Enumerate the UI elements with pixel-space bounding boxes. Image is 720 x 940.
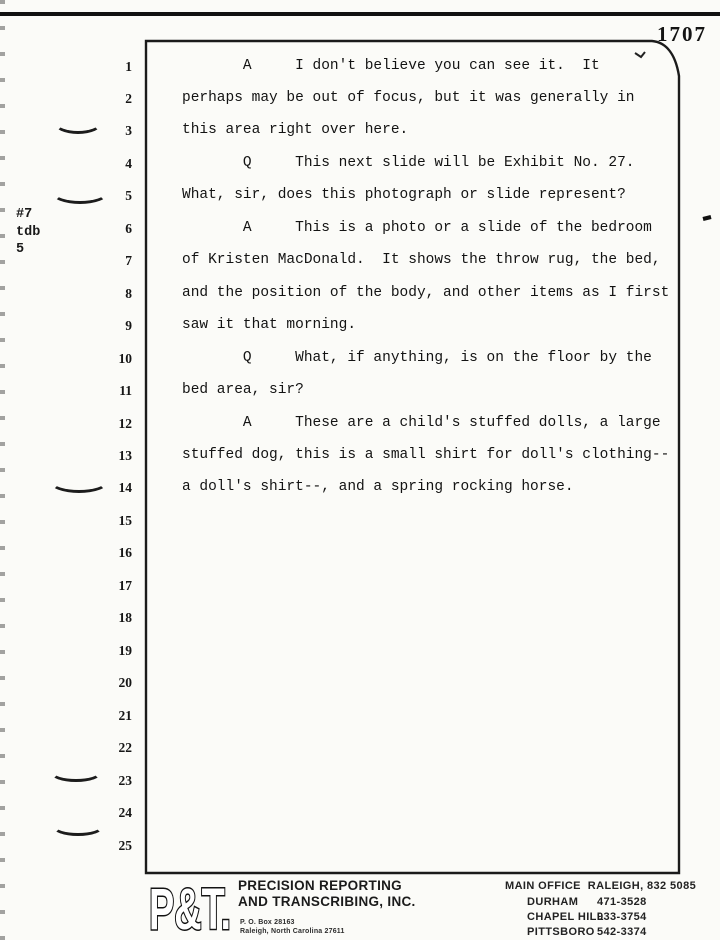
line-text: A These are a child's stuffed dolls, a l… (182, 407, 661, 440)
office-contact-row: DURHAM 471-3528 (505, 896, 715, 911)
line-number: 6 (0, 212, 132, 245)
office-city: DURHAM (527, 896, 578, 908)
transcript-line: 5What, sir, does this photograph or slid… (0, 179, 700, 212)
company-name-line: AND TRANSCRIBING, INC. (238, 894, 416, 910)
line-number: 5 (0, 179, 132, 212)
footer: P&T. PRECISION REPORTING AND TRANSCRIBIN… (0, 874, 720, 940)
transcript-line: 12 A These are a child's stuffed dolls, … (0, 407, 700, 440)
line-number: 14 (0, 471, 132, 504)
transcript-line: 24 (0, 796, 700, 829)
line-text: saw it that morning. (182, 309, 356, 342)
company-address-line: P. O. Box 28163 (240, 918, 345, 927)
line-number: 22 (0, 731, 132, 764)
transcript-line: 4 Q This next slide will be Exhibit No. … (0, 147, 700, 180)
line-number: 21 (0, 699, 132, 732)
transcript-line: 2perhaps may be out of focus, but it was… (0, 82, 700, 115)
line-text: What, sir, does this photograph or slide… (182, 179, 626, 212)
line-text: perhaps may be out of focus, but it was … (182, 82, 634, 115)
transcript-line: 11bed area, sir? (0, 374, 700, 407)
line-number: 16 (0, 536, 132, 569)
transcript-line: 21 (0, 699, 700, 732)
office-city: PITTSBORO (527, 926, 595, 938)
line-number: 20 (0, 666, 132, 699)
line-number: 17 (0, 569, 132, 602)
line-text: a doll's shirt--, and a spring rocking h… (182, 471, 574, 504)
transcript-line: 1 A I don't believe you can see it. It (0, 50, 700, 83)
line-number: 3 (0, 114, 132, 147)
transcript-line: 19 (0, 634, 700, 667)
line-number: 11 (0, 374, 132, 407)
line-text: bed area, sir? (182, 374, 304, 407)
line-text: of Kristen MacDonald. It shows the throw… (182, 244, 661, 277)
line-number: 18 (0, 601, 132, 634)
line-number: 8 (0, 277, 132, 310)
line-number: 4 (0, 147, 132, 180)
line-number: 13 (0, 439, 132, 472)
company-logo: P&T. (148, 878, 234, 940)
company-name: PRECISION REPORTING AND TRANSCRIBING, IN… (238, 878, 416, 909)
line-text: and the position of the body, and other … (182, 277, 669, 310)
transcript-line: 18 (0, 601, 700, 634)
transcript-line: 14a doll's shirt--, and a spring rocking… (0, 471, 700, 504)
line-number: 24 (0, 796, 132, 829)
line-number: 9 (0, 309, 132, 342)
transcript-line: 13stuffed dog, this is a small shirt for… (0, 439, 700, 472)
company-address: P. O. Box 28163 Raleigh, North Carolina … (240, 918, 345, 936)
scanned-transcript-page: { "colors": { "ink": "#161616", "paper":… (0, 0, 720, 940)
line-number: 1 (0, 50, 132, 83)
transcript-line: 10 Q What, if anything, is on the floor … (0, 342, 700, 375)
office-phone: 542-3374 (597, 926, 647, 938)
transcript-line: 9saw it that morning. (0, 309, 700, 342)
transcript-line: 15 (0, 504, 700, 537)
line-number: 19 (0, 634, 132, 667)
transcript-line: 23 (0, 764, 700, 797)
transcript-line: 17 (0, 569, 700, 602)
company-logo-text: P&T. (149, 878, 231, 940)
line-number: 15 (0, 504, 132, 537)
line-number: 2 (0, 82, 132, 115)
transcript-line: 16 (0, 536, 700, 569)
line-number: 25 (0, 829, 132, 862)
transcript-line: 20 (0, 666, 700, 699)
line-number: 7 (0, 244, 132, 277)
office-contact-row: CHAPEL HILL 933-3754 (505, 911, 715, 926)
company-address-line: Raleigh, North Carolina 27611 (240, 927, 345, 936)
transcript-body: 1 A I don't believe you can see it. It2p… (0, 0, 720, 880)
office-city: CHAPEL HILL (527, 911, 604, 923)
office-contact-row: PITTSBORO 542-3374 (505, 926, 715, 940)
line-text: this area right over here. (182, 114, 408, 147)
line-text: Q What, if anything, is on the floor by … (182, 342, 652, 375)
line-number: 12 (0, 407, 132, 440)
line-text: A This is a photo or a slide of the bedr… (182, 212, 652, 245)
line-text: Q This next slide will be Exhibit No. 27… (182, 147, 634, 180)
line-number: 10 (0, 342, 132, 375)
office-phone: 933-3754 (597, 911, 647, 923)
company-name-line: PRECISION REPORTING (238, 878, 416, 894)
main-office-line: MAIN OFFICE RALEIGH, 832 5085 (505, 880, 715, 892)
line-text: stuffed dog, this is a small shirt for d… (182, 439, 669, 472)
transcript-line: 25 (0, 829, 700, 862)
transcript-line: 8and the position of the body, and other… (0, 277, 700, 310)
transcript-line: 3this area right over here. (0, 114, 700, 147)
line-number: 23 (0, 764, 132, 797)
office-contacts: MAIN OFFICE RALEIGH, 832 5085 DURHAM 471… (505, 880, 715, 940)
transcript-line: 22 (0, 731, 700, 764)
office-phone: 471-3528 (597, 896, 647, 908)
transcript-line: 6 A This is a photo or a slide of the be… (0, 212, 700, 245)
transcript-line: 7of Kristen MacDonald. It shows the thro… (0, 244, 700, 277)
line-text: A I don't believe you can see it. It (182, 50, 600, 83)
